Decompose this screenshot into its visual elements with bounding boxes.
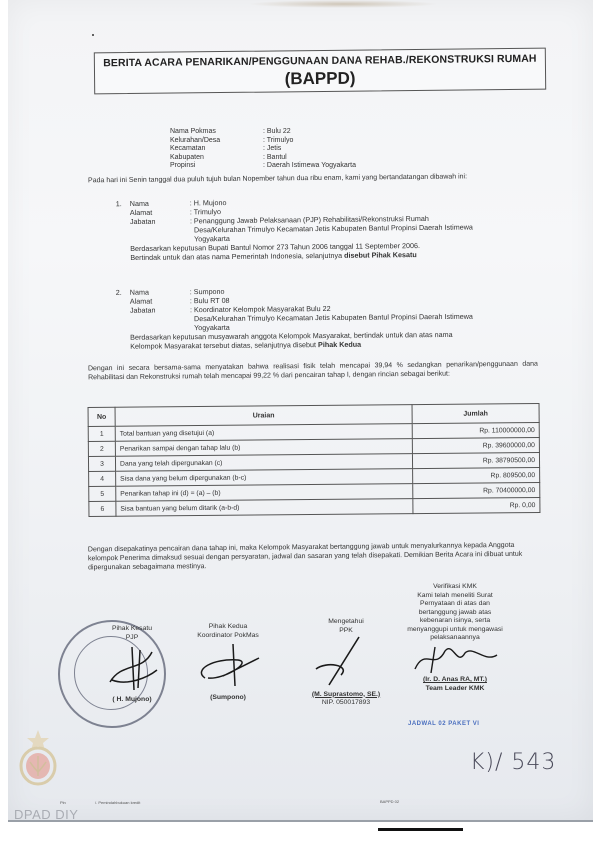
row-number: 6	[89, 501, 116, 516]
row-number: 4	[89, 471, 116, 486]
info-row: Kabupaten: Bantul	[170, 154, 356, 163]
signature-mark	[102, 642, 162, 692]
acting-role: disebut Pihak Kesatu	[344, 250, 417, 260]
info-value: : Jetis	[263, 145, 281, 154]
signature-block-ppk: Mengetahui PPK (M. Suprastomo, SE.) NIP.…	[296, 618, 396, 708]
header-uraian: Uraian	[115, 405, 412, 427]
acting-role: Pihak Kedua	[318, 340, 361, 349]
footer-text: Pln	[60, 800, 66, 805]
signatory-name: ( H. Mujono)	[92, 696, 172, 705]
verification-title: Verifikasi KMK	[400, 583, 510, 592]
info-label: Nama Pokmas	[170, 128, 263, 137]
signature-mark	[193, 640, 263, 690]
info-label: Propinsi	[170, 162, 263, 171]
row-amount: Rp. 110000000,00	[412, 423, 539, 439]
row-number: 2	[88, 441, 115, 456]
info-value: : Bulu 22	[263, 128, 291, 137]
info-row: Propinsi: Daerah Istimewa Yogyakarta	[170, 162, 356, 171]
details-table: No Uraian Jumlah 1Total bantuan yang dis…	[88, 403, 541, 517]
row-amount: Rp. 0,00	[413, 498, 540, 514]
signatory-sub: PJP	[92, 634, 172, 643]
signatory-title: Mengetahui	[296, 618, 396, 627]
signature-block-pihak-kedua: Pihak Kedua Koordinator PokMas (Sumpono)	[188, 623, 268, 702]
info-label: Kelurahan/Desa	[170, 137, 263, 146]
row-number: 1	[88, 426, 115, 441]
row-amount: Rp. 70400000,00	[413, 483, 540, 499]
info-label: Kabupaten	[170, 154, 263, 163]
info-value: : Trimulyo	[263, 137, 293, 146]
signature-block-kmk: Verifikasi KMK Kami telah meneliti Surat…	[400, 583, 510, 693]
signatory-role: Team Leader KMK	[400, 685, 510, 694]
row-number: 5	[89, 486, 116, 501]
party-number: 1.	[116, 199, 130, 208]
signature-mark	[311, 635, 381, 687]
signatory-sub: PPK	[296, 627, 396, 636]
scale-bar	[378, 828, 463, 831]
info-value: : Daerah Istimewa Yogyakarta	[263, 162, 356, 171]
verification-text: bertanggung jawab atas	[400, 609, 510, 618]
signatory-sub: Koordinator PokMas	[188, 632, 268, 641]
party-number: 2.	[116, 288, 130, 297]
verification-text: Pernyataan di atas dan	[400, 600, 510, 609]
party-1: 1.Nama: H. Mujono Alamat: Trimulyo Jabat…	[116, 195, 535, 262]
signatory-title: Pihak Kedua	[188, 623, 268, 632]
info-row: Kelurahan/Desa: Trimulyo	[170, 137, 356, 146]
header-jumlah: Jumlah	[412, 404, 539, 424]
row-amount: Rp. 38790500,00	[412, 453, 539, 469]
emblem-icon	[16, 728, 60, 788]
signature-block-pihak-kesatu: Pihak Kesatu PJP ( H. Mujono)	[92, 625, 172, 704]
verification-text: kebenaran isinya, serta	[400, 617, 510, 626]
verification-text: Kami telah meneliti Surat	[400, 592, 510, 601]
speck	[92, 34, 94, 36]
info-label: Kecamatan	[170, 145, 263, 154]
title-box: BERITA ACARA PENARIKAN/PENGGUNAAN DANA R…	[94, 48, 546, 95]
info-row: Nama Pokmas: Bulu 22	[170, 128, 356, 137]
row-description: Sisa bantuan yang belum ditarik (a-b-d)	[116, 499, 413, 517]
info-value: : Bantul	[263, 154, 287, 163]
signatory-title: Pihak Kesatu	[92, 625, 172, 634]
row-amount: Rp. 809500,00	[413, 468, 540, 484]
closing-paragraph: Dengan disepakatinya pencairan dana taha…	[88, 541, 540, 573]
party-2: 2.Nama: Sumpono Alamat: Bulu RT 08 Jabat…	[116, 284, 541, 351]
document-acronym: (BAPPD)	[95, 67, 545, 92]
row-number: 3	[88, 456, 115, 471]
signature-mark	[405, 643, 505, 673]
pokmas-info: Nama Pokmas: Bulu 22 Kelurahan/Desa: Tri…	[170, 128, 356, 171]
handwritten-number: K)/ 543	[470, 750, 556, 775]
verification-text: pelaksanaannya	[400, 634, 510, 643]
signatory-name: (Sumpono)	[188, 694, 268, 703]
signatory-name: (Ir. D. Anas RA, MT.)	[400, 676, 510, 685]
watermark: DPAD DIY	[14, 807, 78, 822]
header-no: No	[88, 407, 115, 426]
acting-text: Kelompok Masyarakat tersebut diatas, sel…	[130, 340, 318, 351]
paper-stain	[248, 0, 438, 8]
verification-text: menyanggupi untuk mengawasi	[400, 626, 510, 635]
signatory-name: (M. Suprastomo, SE.)	[296, 691, 396, 700]
signatory-nip: NIP. 050017893	[296, 699, 396, 708]
row-amount: Rp. 39600000,00	[412, 438, 539, 454]
info-row: Kecamatan: Jetis	[170, 145, 356, 154]
footer-text: /. Pemindahbukuan kredit	[95, 800, 140, 805]
blue-stamp: JADWAL 02 PAKET VI	[408, 721, 479, 727]
footer-text: BAPPD 02	[380, 799, 399, 804]
